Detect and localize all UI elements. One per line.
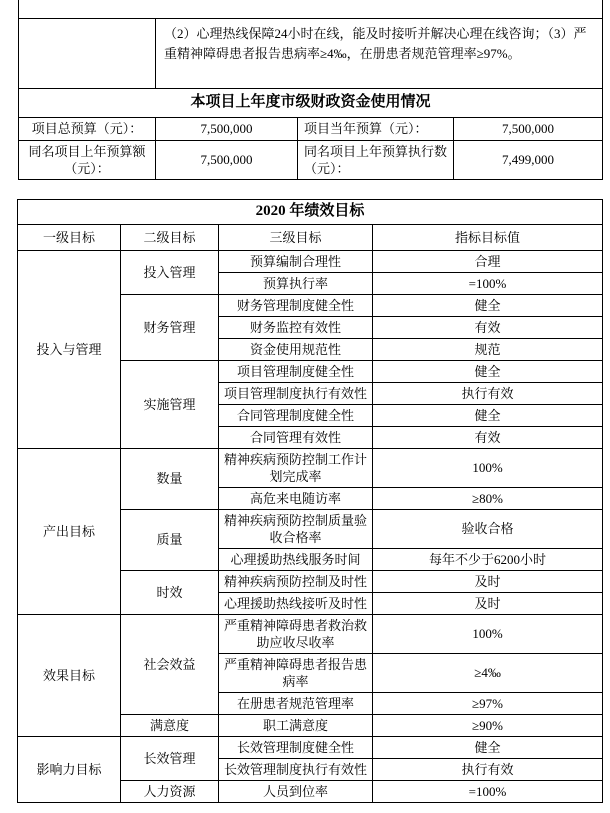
target-value-cell: ≥97%: [373, 692, 603, 714]
performance-goals-table: 2020 年绩效目标 一级目标 二级目标 三级目标 指标目标值 投入与管理投入管…: [17, 199, 603, 803]
target-value-cell: 有效: [373, 426, 603, 448]
target-value-cell: ≥90%: [373, 714, 603, 736]
level2-goal-cell: 数量: [121, 448, 219, 509]
budget-label-total: 项目总预算（元）：: [19, 117, 156, 140]
level2-goal-cell: 满意度: [121, 714, 219, 736]
level3-indicator-cell: 财务监控有效性: [219, 316, 373, 338]
level3-indicator-cell: 严重精神障碍患者救治救助应收尽收率: [219, 614, 373, 653]
level2-goal-cell: 财务管理: [121, 294, 219, 360]
level3-indicator-cell: 心理援助热线接听及时性: [219, 592, 373, 614]
header-level2-goal: 二级目标: [121, 224, 219, 250]
header-target-value: 指标目标值: [373, 224, 603, 250]
level1-goal-cell: 影响力目标: [18, 736, 121, 802]
cutoff-row: [19, 0, 603, 18]
performance-row: 产出目标数量精神疾病预防控制工作计划完成率100%: [18, 448, 603, 487]
budget-label-lastyear-amount: 同名项目上年预算额（元）：: [19, 140, 156, 179]
budget-value-current-year: 7,500,000: [454, 117, 603, 140]
target-value-cell: 健全: [373, 360, 603, 382]
previous-year-funds-table: （2）心理热线保障24小时在线，能及时接听并解决心理在线咨询；（3）严重精神障碍…: [18, 0, 603, 180]
performance-header-row: 一级目标 二级目标 三级目标 指标目标值: [18, 224, 603, 250]
target-value-cell: 健全: [373, 404, 603, 426]
level3-indicator-cell: 资金使用规范性: [219, 338, 373, 360]
performance-title-row: 2020 年绩效目标: [18, 199, 603, 224]
target-value-cell: ≥80%: [373, 487, 603, 509]
level3-indicator-cell: 精神疾病预防控制工作计划完成率: [219, 448, 373, 487]
performance-row: 效果目标社会效益严重精神障碍患者救治救助应收尽收率100%: [18, 614, 603, 653]
level3-indicator-cell: 预算执行率: [219, 272, 373, 294]
budget-value-lastyear-executed: 7,499,000: [454, 140, 603, 179]
target-value-cell: =100%: [373, 272, 603, 294]
target-value-cell: 规范: [373, 338, 603, 360]
budget-label-lastyear-executed: 同名项目上年预算执行数（元）：: [298, 140, 454, 179]
target-value-cell: 合理: [373, 250, 603, 272]
level3-indicator-cell: 长效管理制度健全性: [219, 736, 373, 758]
level3-indicator-cell: 财务管理制度健全性: [219, 294, 373, 316]
target-value-cell: 每年不少于6200小时: [373, 548, 603, 570]
level3-indicator-cell: 精神疾病预防控制及时性: [219, 570, 373, 592]
target-value-cell: 执行有效: [373, 758, 603, 780]
level3-indicator-cell: 长效管理制度执行有效性: [219, 758, 373, 780]
document-page: （2）心理热线保障24小时在线，能及时接听并解决心理在线咨询；（3）严重精神障碍…: [0, 0, 610, 803]
target-value-cell: 及时: [373, 570, 603, 592]
level3-indicator-cell: 严重精神障碍患者报告患病率: [219, 653, 373, 692]
cutoff-cell: [19, 0, 603, 18]
performance-row: 投入与管理投入管理预算编制合理性合理: [18, 250, 603, 272]
overflow-left-empty-cell: [19, 18, 156, 88]
level2-goal-cell: 长效管理: [121, 736, 219, 780]
level3-indicator-cell: 项目管理制度健全性: [219, 360, 373, 382]
level2-goal-cell: 人力资源: [121, 780, 219, 802]
level3-indicator-cell: 合同管理制度健全性: [219, 404, 373, 426]
level2-goal-cell: 质量: [121, 509, 219, 570]
budget-row-2: 同名项目上年预算额（元）： 7,500,000 同名项目上年预算执行数（元）： …: [19, 140, 603, 179]
level3-indicator-cell: 合同管理有效性: [219, 426, 373, 448]
level1-goal-cell: 投入与管理: [18, 250, 121, 448]
level3-indicator-cell: 在册患者规范管理率: [219, 692, 373, 714]
level3-indicator-cell: 人员到位率: [219, 780, 373, 802]
header-level3-goal: 三级目标: [219, 224, 373, 250]
performance-table-title: 2020 年绩效目标: [18, 199, 603, 224]
target-value-cell: 健全: [373, 736, 603, 758]
section-title-row: 本项目上年度市级财政资金使用情况: [19, 88, 603, 117]
section-title: 本项目上年度市级财政资金使用情况: [19, 88, 603, 117]
level2-goal-cell: 时效: [121, 570, 219, 614]
performance-table-body: 2020 年绩效目标 一级目标 二级目标 三级目标 指标目标值 投入与管理投入管…: [18, 199, 603, 802]
target-value-cell: 执行有效: [373, 382, 603, 404]
budget-row-1: 项目总预算（元）： 7,500,000 项目当年预算（元）： 7,500,000: [19, 117, 603, 140]
level2-goal-cell: 社会效益: [121, 614, 219, 714]
overflow-row: （2）心理热线保障24小时在线，能及时接听并解决心理在线咨询；（3）严重精神障碍…: [19, 18, 603, 88]
header-level1-goal: 一级目标: [18, 224, 121, 250]
performance-row: 影响力目标长效管理长效管理制度健全性健全: [18, 736, 603, 758]
level3-indicator-cell: 精神疾病预防控制质量验收合格率: [219, 509, 373, 548]
target-value-cell: 有效: [373, 316, 603, 338]
level2-goal-cell: 实施管理: [121, 360, 219, 448]
level3-indicator-cell: 高危来电随访率: [219, 487, 373, 509]
budget-value-total: 7,500,000: [156, 117, 298, 140]
target-value-cell: 验收合格: [373, 509, 603, 548]
level2-goal-cell: 投入管理: [121, 250, 219, 294]
target-value-cell: ≥4‰: [373, 653, 603, 692]
target-value-cell: 100%: [373, 448, 603, 487]
level3-indicator-cell: 心理援助热线服务时间: [219, 548, 373, 570]
target-value-cell: 100%: [373, 614, 603, 653]
target-value-cell: 健全: [373, 294, 603, 316]
target-value-cell: =100%: [373, 780, 603, 802]
level3-indicator-cell: 项目管理制度执行有效性: [219, 382, 373, 404]
level3-indicator-cell: 预算编制合理性: [219, 250, 373, 272]
level1-goal-cell: 效果目标: [18, 614, 121, 736]
budget-value-lastyear-amount: 7,500,000: [156, 140, 298, 179]
level1-goal-cell: 产出目标: [18, 448, 121, 614]
level3-indicator-cell: 职工满意度: [219, 714, 373, 736]
target-value-cell: 及时: [373, 592, 603, 614]
overflow-text-cell: （2）心理热线保障24小时在线，能及时接听并解决心理在线咨询；（3）严重精神障碍…: [156, 18, 603, 88]
budget-label-current-year: 项目当年预算（元）：: [298, 117, 454, 140]
